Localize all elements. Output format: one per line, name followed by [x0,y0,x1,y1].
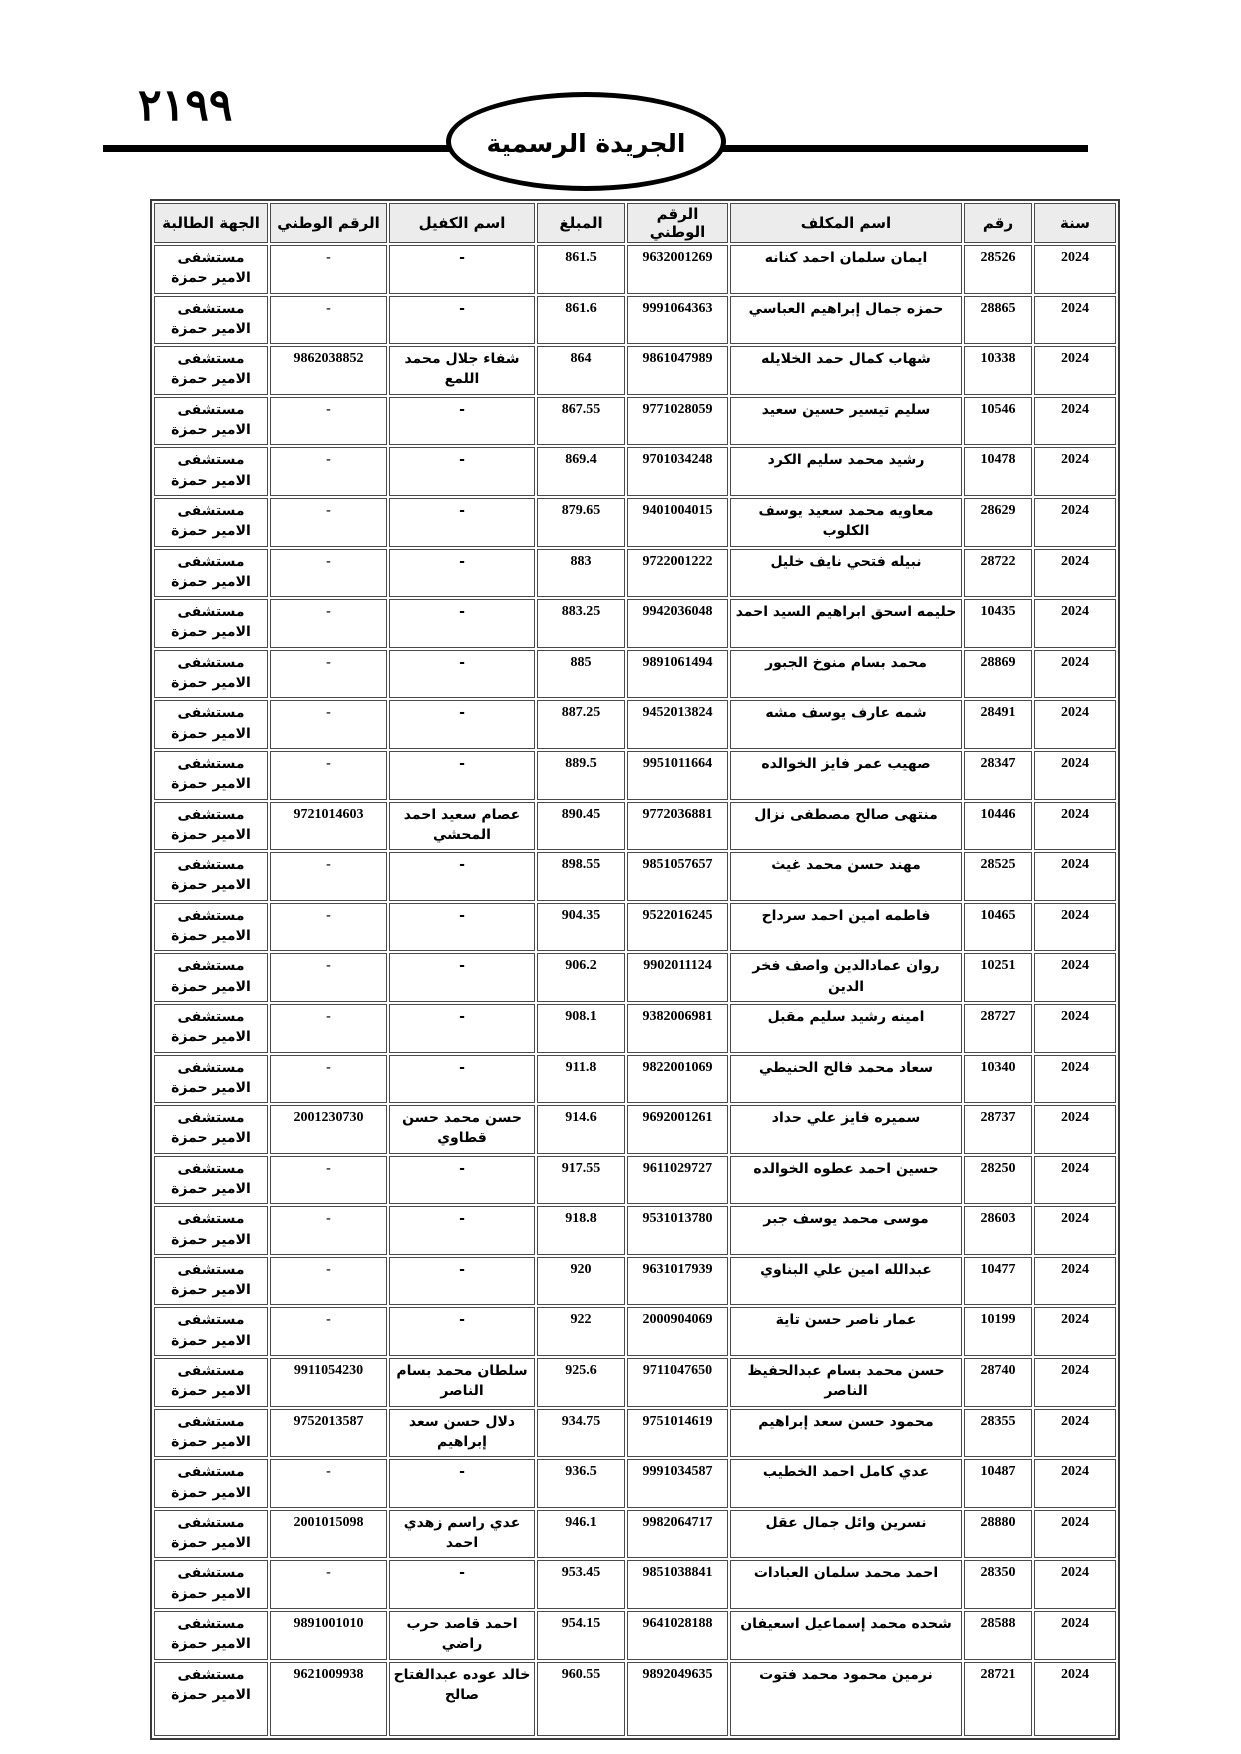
cell-year: 2024 [1034,1055,1116,1104]
cell-national-id: 9522016245 [627,903,728,952]
cell-amount: 898.55 [537,852,625,901]
cell-amount: 954.15 [537,1611,625,1660]
cell-national-id: 9851057657 [627,852,728,901]
cell-amount: 911.8 [537,1055,625,1104]
cell-taxpayer-name: فاطمه امين احمد سرداح [730,903,962,952]
cell-guarantor-name: - [389,852,535,901]
cell-amount: 883.25 [537,599,625,648]
table-row: 2024 10446 منتهى صالح مصطفى نزال 9772036… [154,802,1116,851]
table-row: 2024 28737 سميره فايز علي حداد 969200126… [154,1105,1116,1154]
cell-guarantor-national-id: 2001015098 [270,1510,387,1559]
cell-taxpayer-name: سعاد محمد فالح الحنيطي [730,1055,962,1104]
table-row: 2024 28629 معاويه محمد سعيد يوسف الكلوب … [154,498,1116,547]
cell-taxpayer-name: عمار ناصر حسن تاية [730,1307,962,1356]
cell-requesting-entity: مستشفى الامير حمزة [154,953,268,1002]
cell-taxpayer-name: رشيد محمد سليم الكرد [730,447,962,496]
cell-year: 2024 [1034,245,1116,294]
cell-guarantor-national-id: 2001230730 [270,1105,387,1154]
cell-year: 2024 [1034,953,1116,1002]
cell-requesting-entity: مستشفى الامير حمزة [154,397,268,446]
cell-number: 28355 [964,1409,1032,1458]
cell-amount: 936.5 [537,1459,625,1508]
cell-amount: 917.55 [537,1156,625,1205]
cell-guarantor-national-id: - [270,1156,387,1205]
cell-number: 10478 [964,447,1032,496]
cell-year: 2024 [1034,1409,1116,1458]
cell-year: 2024 [1034,498,1116,547]
cell-guarantor-name: - [389,650,535,699]
cell-taxpayer-name: شهاب كمال حمد الخلايله [730,346,962,395]
cell-national-id: 9531013780 [627,1206,728,1255]
cell-taxpayer-name: احمد محمد سلمان العبادات [730,1560,962,1609]
cell-guarantor-national-id: 9621009938 [270,1662,387,1736]
cell-year: 2024 [1034,1105,1116,1154]
cell-taxpayer-name: صهيب عمر فايز الخوالده [730,751,962,800]
cell-requesting-entity: مستشفى الامير حمزة [154,1510,268,1559]
cell-year: 2024 [1034,1358,1116,1407]
cell-number: 10487 [964,1459,1032,1508]
cell-guarantor-national-id: - [270,549,387,598]
cell-requesting-entity: مستشفى الامير حمزة [154,1409,268,1458]
cell-amount: 904.35 [537,903,625,952]
cell-guarantor-national-id: - [270,296,387,345]
cell-national-id: 9611029727 [627,1156,728,1205]
cell-amount: 887.25 [537,700,625,749]
header-guarantor-name: اسم الكفيل [389,203,535,243]
cell-requesting-entity: مستشفى الامير حمزة [154,1307,268,1356]
cell-year: 2024 [1034,700,1116,749]
cell-year: 2024 [1034,397,1116,446]
cell-number: 28727 [964,1004,1032,1053]
cell-number: 28525 [964,852,1032,901]
cell-taxpayer-name: حليمه اسحق ابراهيم السيد احمد [730,599,962,648]
cell-guarantor-name: - [389,751,535,800]
cell-number: 28350 [964,1560,1032,1609]
gazette-title: الجريدة الرسمية [486,125,685,158]
cell-amount: 946.1 [537,1510,625,1559]
cell-amount: 922 [537,1307,625,1356]
cell-national-id: 9401004015 [627,498,728,547]
cell-year: 2024 [1034,1257,1116,1306]
cell-national-id: 9851038841 [627,1560,728,1609]
cell-national-id: 9772036881 [627,802,728,851]
cell-national-id: 9891061494 [627,650,728,699]
cell-guarantor-national-id: - [270,650,387,699]
cell-taxpayer-name: نرمين محمود محمد فتوت [730,1662,962,1736]
cell-amount: 906.2 [537,953,625,1002]
cell-year: 2024 [1034,1459,1116,1508]
table-row: 2024 28250 حسين احمد عطوه الخوالده 96110… [154,1156,1116,1205]
cell-amount: 918.8 [537,1206,625,1255]
table-row: 2024 10338 شهاب كمال حمد الخلايله 986104… [154,346,1116,395]
cell-taxpayer-name: شحده محمد إسماعيل اسعيفان [730,1611,962,1660]
cell-amount: 960.55 [537,1662,625,1736]
cell-number: 28737 [964,1105,1032,1154]
header-national-id: الرقم الوطني [627,203,728,243]
gazette-page: { "page": { "page_number": "٢١٩٩", "bann… [0,0,1241,1754]
cell-national-id: 9711047650 [627,1358,728,1407]
cell-requesting-entity: مستشفى الامير حمزة [154,1257,268,1306]
table-row: 2024 10251 روان عمادالدين واصف فخر الدين… [154,953,1116,1002]
cell-guarantor-national-id: - [270,397,387,446]
cell-requesting-entity: مستشفى الامير حمزة [154,700,268,749]
cell-guarantor-national-id: - [270,852,387,901]
cell-guarantor-national-id: - [270,700,387,749]
cell-guarantor-name: - [389,1156,535,1205]
cell-taxpayer-name: حسين احمد عطوه الخوالده [730,1156,962,1205]
table-row: 2024 10465 فاطمه امين احمد سرداح 9522016… [154,903,1116,952]
cell-guarantor-national-id: - [270,599,387,648]
table-row: 2024 28525 مهند حسن محمد غيث 9851057657 … [154,852,1116,901]
cell-year: 2024 [1034,802,1116,851]
cell-taxpayer-name: عدي كامل احمد الخطيب [730,1459,962,1508]
cell-requesting-entity: مستشفى الامير حمزة [154,498,268,547]
cell-guarantor-national-id: - [270,245,387,294]
cell-guarantor-name: - [389,599,535,648]
table-row: 2024 28722 نبيله فتحي نايف خليل 97220012… [154,549,1116,598]
cell-requesting-entity: مستشفى الامير حمزة [154,1105,268,1154]
cell-guarantor-name: سلطان محمد بسام الناصر [389,1358,535,1407]
cell-national-id: 9382006981 [627,1004,728,1053]
cell-taxpayer-name: امينه رشيد سليم مقبل [730,1004,962,1053]
cell-guarantor-national-id: - [270,1257,387,1306]
header-amount: المبلغ [537,203,625,243]
cell-taxpayer-name: محمد بسام منوخ الجبور [730,650,962,699]
cell-national-id: 9692001261 [627,1105,728,1154]
cell-requesting-entity: مستشفى الامير حمزة [154,802,268,851]
table-row: 2024 28869 محمد بسام منوخ الجبور 9891061… [154,650,1116,699]
cell-requesting-entity: مستشفى الامير حمزة [154,650,268,699]
cell-national-id: 2000904069 [627,1307,728,1356]
cell-number: 28869 [964,650,1032,699]
cell-national-id: 9822001069 [627,1055,728,1104]
cell-year: 2024 [1034,1156,1116,1205]
cell-amount: 889.5 [537,751,625,800]
cell-taxpayer-name: روان عمادالدين واصف فخر الدين [730,953,962,1002]
table-row: 2024 28491 شمه عارف يوسف مشه 9452013824 … [154,700,1116,749]
cell-number: 28721 [964,1662,1032,1736]
cell-national-id: 9902011124 [627,953,728,1002]
cell-requesting-entity: مستشفى الامير حمزة [154,1206,268,1255]
cell-year: 2024 [1034,852,1116,901]
cell-number: 28740 [964,1358,1032,1407]
cell-guarantor-name: - [389,1459,535,1508]
cell-guarantor-name: - [389,1257,535,1306]
cell-taxpayer-name: سليم تيسير حسين سعيد [730,397,962,446]
cell-amount: 869.4 [537,447,625,496]
cell-requesting-entity: مستشفى الامير حمزة [154,1662,268,1736]
table-row: 2024 10340 سعاد محمد فالح الحنيطي 982200… [154,1055,1116,1104]
cell-guarantor-name: - [389,1307,535,1356]
cell-guarantor-name: شفاء جلال محمد اللمع [389,346,535,395]
table-row: 2024 28740 حسن محمد بسام عبدالحفيظ الناص… [154,1358,1116,1407]
cell-taxpayer-name: نبيله فتحي نايف خليل [730,549,962,598]
cell-guarantor-name: حسن محمد حسن قطاوي [389,1105,535,1154]
table-row: 2024 28347 صهيب عمر فايز الخوالده 995101… [154,751,1116,800]
cell-year: 2024 [1034,650,1116,699]
cell-requesting-entity: مستشفى الامير حمزة [154,1358,268,1407]
cell-year: 2024 [1034,1004,1116,1053]
cell-national-id: 9641028188 [627,1611,728,1660]
cell-requesting-entity: مستشفى الامير حمزة [154,1156,268,1205]
cell-guarantor-name: عدي راسم زهدي احمد [389,1510,535,1559]
cell-guarantor-name: - [389,1206,535,1255]
cell-guarantor-name: - [389,397,535,446]
cell-amount: 883 [537,549,625,598]
cell-year: 2024 [1034,1510,1116,1559]
gazette-oval-badge: الجريدة الرسمية [446,92,726,191]
cell-taxpayer-name: معاويه محمد سعيد يوسف الكلوب [730,498,962,547]
cell-guarantor-name: - [389,245,535,294]
cell-national-id: 9991034587 [627,1459,728,1508]
cell-taxpayer-name: مهند حسن محمد غيث [730,852,962,901]
cell-year: 2024 [1034,296,1116,345]
cell-requesting-entity: مستشفى الامير حمزة [154,346,268,395]
cell-amount: 908.1 [537,1004,625,1053]
cell-year: 2024 [1034,346,1116,395]
cell-amount: 914.6 [537,1105,625,1154]
cell-guarantor-name: - [389,549,535,598]
table-row: 2024 10478 رشيد محمد سليم الكرد 97010342… [154,447,1116,496]
cell-guarantor-national-id: - [270,1459,387,1508]
cell-taxpayer-name: محمود حسن سعد إبراهيم [730,1409,962,1458]
cell-national-id: 9991064363 [627,296,728,345]
table-row: 2024 10435 حليمه اسحق ابراهيم السيد احمد… [154,599,1116,648]
cell-number: 10199 [964,1307,1032,1356]
table-header-row: سنة رقم اسم المكلف الرقم الوطني المبلغ ا… [154,203,1116,243]
cell-requesting-entity: مستشفى الامير حمزة [154,599,268,648]
cell-number: 10465 [964,903,1032,952]
cell-national-id: 9631017939 [627,1257,728,1306]
cell-amount: 925.6 [537,1358,625,1407]
cell-requesting-entity: مستشفى الامير حمزة [154,1560,268,1609]
page-header: ٢١٩٩ الجريدة الرسمية [0,0,1241,200]
table-row: 2024 28880 نسرين وائل جمال عقل 998206471… [154,1510,1116,1559]
cell-national-id: 9942036048 [627,599,728,648]
cell-requesting-entity: مستشفى الامير حمزة [154,903,268,952]
cell-requesting-entity: مستشفى الامير حمزة [154,245,268,294]
cell-national-id: 9632001269 [627,245,728,294]
table-row: 2024 10546 سليم تيسير حسين سعيد 97710280… [154,397,1116,446]
cell-national-id: 9892049635 [627,1662,728,1736]
cell-taxpayer-name: حمزه جمال إبراهيم العباسي [730,296,962,345]
cell-requesting-entity: مستشفى الامير حمزة [154,549,268,598]
table-row: 2024 28526 ايمان سلمان احمد كنانه 963200… [154,245,1116,294]
cell-year: 2024 [1034,447,1116,496]
cell-guarantor-national-id: 9721014603 [270,802,387,851]
header-guarantor-national-id: الرقم الوطني [270,203,387,243]
cell-guarantor-national-id: - [270,447,387,496]
cell-requesting-entity: مستشفى الامير حمزة [154,1055,268,1104]
cell-amount: 861.5 [537,245,625,294]
cell-year: 2024 [1034,1206,1116,1255]
cell-number: 10338 [964,346,1032,395]
header-number: رقم [964,203,1032,243]
cell-requesting-entity: مستشفى الامير حمزة [154,447,268,496]
cell-amount: 934.75 [537,1409,625,1458]
table-row: 2024 28355 محمود حسن سعد إبراهيم 9751014… [154,1409,1116,1458]
table-row: 2024 28865 حمزه جمال إبراهيم العباسي 999… [154,296,1116,345]
cell-amount: 920 [537,1257,625,1306]
cell-number: 10477 [964,1257,1032,1306]
cell-amount: 864 [537,346,625,395]
cell-guarantor-name: احمد قاصد حرب راضي [389,1611,535,1660]
table-row: 2024 28588 شحده محمد إسماعيل اسعيفان 964… [154,1611,1116,1660]
header-taxpayer-name: اسم المكلف [730,203,962,243]
cell-requesting-entity: مستشفى الامير حمزة [154,1459,268,1508]
cell-amount: 861.6 [537,296,625,345]
cell-number: 10446 [964,802,1032,851]
cell-amount: 867.55 [537,397,625,446]
table-row: 2024 28350 احمد محمد سلمان العبادات 9851… [154,1560,1116,1609]
cell-year: 2024 [1034,549,1116,598]
cell-number: 28491 [964,700,1032,749]
cell-guarantor-name: خالد عوده عبدالفتاح صالح [389,1662,535,1736]
table-row: 2024 28721 نرمين محمود محمد فتوت 9892049… [154,1662,1116,1736]
cell-number: 28588 [964,1611,1032,1660]
table-row: 2024 28603 موسى محمد يوسف جبر 9531013780… [154,1206,1116,1255]
cell-year: 2024 [1034,751,1116,800]
cell-year: 2024 [1034,903,1116,952]
cell-year: 2024 [1034,599,1116,648]
cell-guarantor-national-id: 9752013587 [270,1409,387,1458]
cell-number: 28603 [964,1206,1032,1255]
cell-guarantor-name: - [389,296,535,345]
cell-number: 28629 [964,498,1032,547]
cell-guarantor-national-id: 9911054230 [270,1358,387,1407]
cell-national-id: 9722001222 [627,549,728,598]
cell-guarantor-national-id: - [270,903,387,952]
cell-amount: 953.45 [537,1560,625,1609]
cell-taxpayer-name: سميره فايز علي حداد [730,1105,962,1154]
table-row: 2024 10477 عبدالله امين علي البناوي 9631… [154,1257,1116,1306]
cell-number: 10546 [964,397,1032,446]
cell-guarantor-name: عصام سعيد احمد المحشي [389,802,535,851]
table-row: 2024 28727 امينه رشيد سليم مقبل 93820069… [154,1004,1116,1053]
cell-requesting-entity: مستشفى الامير حمزة [154,296,268,345]
cell-year: 2024 [1034,1307,1116,1356]
cell-taxpayer-name: نسرين وائل جمال عقل [730,1510,962,1559]
cell-national-id: 9701034248 [627,447,728,496]
cell-national-id: 9861047989 [627,346,728,395]
cell-national-id: 9452013824 [627,700,728,749]
cell-guarantor-name: - [389,953,535,1002]
cell-requesting-entity: مستشفى الامير حمزة [154,1611,268,1660]
cell-guarantor-national-id: - [270,1560,387,1609]
records-table-wrap: سنة رقم اسم المكلف الرقم الوطني المبلغ ا… [150,199,1106,1740]
cell-amount: 879.65 [537,498,625,547]
cell-year: 2024 [1034,1662,1116,1736]
cell-taxpayer-name: ايمان سلمان احمد كنانه [730,245,962,294]
cell-number: 28865 [964,296,1032,345]
cell-national-id: 9951011664 [627,751,728,800]
header-year: سنة [1034,203,1116,243]
cell-national-id: 9982064717 [627,1510,728,1559]
cell-number: 28722 [964,549,1032,598]
cell-taxpayer-name: منتهى صالح مصطفى نزال [730,802,962,851]
cell-guarantor-name: - [389,1055,535,1104]
cell-guarantor-national-id: - [270,1004,387,1053]
cell-national-id: 9771028059 [627,397,728,446]
cell-year: 2024 [1034,1560,1116,1609]
cell-taxpayer-name: شمه عارف يوسف مشه [730,700,962,749]
cell-guarantor-national-id: - [270,1055,387,1104]
table-row: 2024 10487 عدي كامل احمد الخطيب 99910345… [154,1459,1116,1508]
cell-number: 28250 [964,1156,1032,1205]
cell-amount: 885 [537,650,625,699]
header-requesting-entity: الجهة الطالبة [154,203,268,243]
cell-guarantor-name: - [389,1004,535,1053]
cell-requesting-entity: مستشفى الامير حمزة [154,1004,268,1053]
cell-taxpayer-name: موسى محمد يوسف جبر [730,1206,962,1255]
cell-number: 28880 [964,1510,1032,1559]
cell-number: 28347 [964,751,1032,800]
cell-guarantor-national-id: - [270,953,387,1002]
cell-guarantor-name: - [389,903,535,952]
cell-guarantor-national-id: 9891001010 [270,1611,387,1660]
cell-taxpayer-name: حسن محمد بسام عبدالحفيظ الناصر [730,1358,962,1407]
cell-requesting-entity: مستشفى الامير حمزة [154,852,268,901]
cell-guarantor-name: - [389,498,535,547]
cell-number: 28526 [964,245,1032,294]
cell-guarantor-national-id: - [270,1307,387,1356]
cell-year: 2024 [1034,1611,1116,1660]
cell-guarantor-national-id: - [270,498,387,547]
cell-number: 10251 [964,953,1032,1002]
cell-national-id: 9751014619 [627,1409,728,1458]
cell-requesting-entity: مستشفى الامير حمزة [154,751,268,800]
cell-amount: 890.45 [537,802,625,851]
page-number: ٢١٩٩ [138,84,233,128]
cell-guarantor-name: - [389,1560,535,1609]
cell-number: 10435 [964,599,1032,648]
cell-guarantor-national-id: - [270,1206,387,1255]
cell-guarantor-name: دلال حسن سعد إبراهيم [389,1409,535,1458]
table-row: 2024 10199 عمار ناصر حسن تاية 2000904069… [154,1307,1116,1356]
cell-guarantor-name: - [389,700,535,749]
cell-number: 10340 [964,1055,1032,1104]
cell-taxpayer-name: عبدالله امين علي البناوي [730,1257,962,1306]
cell-guarantor-name: - [389,447,535,496]
records-table: سنة رقم اسم المكلف الرقم الوطني المبلغ ا… [150,199,1120,1740]
cell-guarantor-national-id: - [270,751,387,800]
cell-guarantor-national-id: 9862038852 [270,346,387,395]
